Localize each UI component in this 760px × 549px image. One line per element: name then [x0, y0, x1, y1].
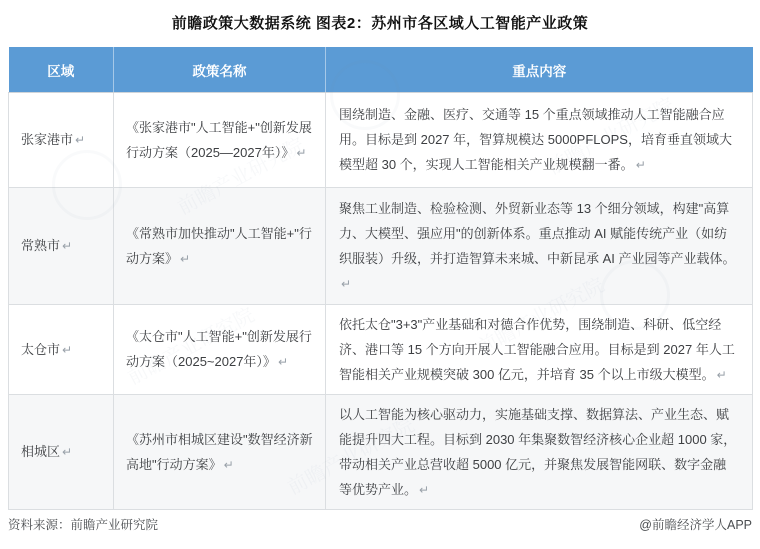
footer: 资料来源：前瞻产业研究院 @前瞻经济学人APP [8, 515, 752, 533]
policy-table: 区域 政策名称 重点内容 张家港市↵ 《张家港市"人工智能+"创新发展行动方案（… [8, 47, 753, 510]
return-mark-icon: ↵ [62, 445, 72, 459]
table-row: 常熟市↵ 《常熟市加快推动"人工智能+"行动方案》↵ 聚焦工业制造、检验检测、外… [9, 188, 753, 305]
page-title: 前瞻政策大数据系统 图表2：苏州市各区域人工智能产业政策 [0, 0, 760, 33]
region-text: 常熟市 [21, 238, 60, 253]
content-cell: 围绕制造、金融、医疗、交通等 15 个重点领域推动人工智能融合应用。目标是到 2… [326, 93, 753, 188]
content-text: 围绕制造、金融、医疗、交通等 15 个重点领域推动人工智能融合应用。目标是到 2… [339, 107, 732, 172]
region-cell: 张家港市↵ [9, 93, 114, 188]
content-text: 聚焦工业制造、检验检测、外贸新业态等 13 个细分领域，构建"高算力、大模型、强… [339, 201, 736, 266]
policy-text: 《苏州市相城区建设"数智经济新高地"行动方案》 [126, 432, 313, 472]
header-cell-region: 区域 [9, 47, 114, 93]
return-mark-icon: ↵ [62, 343, 72, 357]
policy-cell: 《苏州市相城区建设"数智经济新高地"行动方案》↵ [114, 395, 326, 510]
return-mark-icon: ↵ [75, 133, 85, 147]
region-cell: 常熟市↵ [9, 188, 114, 305]
return-mark-icon: ↵ [296, 146, 306, 160]
return-mark-icon: ↵ [278, 355, 288, 369]
policy-cell: 《常熟市加快推动"人工智能+"行动方案》↵ [114, 188, 326, 305]
region-text: 相城区 [21, 444, 60, 459]
content-cell: 聚焦工业制造、检验检测、外贸新业态等 13 个细分领域，构建"高算力、大模型、强… [326, 188, 753, 305]
header-cell-content: 重点内容 [326, 47, 753, 93]
table-row: 太仓市↵ 《太仓市"人工智能+"创新发展行动方案（2025~2027年）》↵ 依… [9, 305, 753, 395]
content-cell: 依托太仓"3+3"产业基础和对德合作优势，围绕制造、科研、低空经济、港口等 15… [326, 305, 753, 395]
policy-text: 《张家港市"人工智能+"创新发展行动方案（2025—2027年）》 [126, 120, 312, 160]
table-row: 张家港市↵ 《张家港市"人工智能+"创新发展行动方案（2025—2027年）》↵… [9, 93, 753, 188]
content-text: 依托太仓"3+3"产业基础和对德合作优势，围绕制造、科研、低空经济、港口等 15… [339, 317, 735, 382]
return-mark-icon: ↵ [717, 368, 727, 382]
region-text: 太仓市 [21, 342, 60, 357]
return-mark-icon: ↵ [224, 458, 234, 472]
app-credit: @前瞻经济学人APP [639, 515, 752, 533]
return-mark-icon: ↵ [341, 277, 351, 291]
policy-cell: 《太仓市"人工智能+"创新发展行动方案（2025~2027年）》↵ [114, 305, 326, 395]
table-row: 相城区↵ 《苏州市相城区建设"数智经济新高地"行动方案》↵ 以人工智能为核心驱动… [9, 395, 753, 510]
region-cell: 相城区↵ [9, 395, 114, 510]
return-mark-icon: ↵ [636, 158, 646, 172]
policy-text: 《常熟市加快推动"人工智能+"行动方案》 [126, 226, 312, 266]
policy-cell: 《张家港市"人工智能+"创新发展行动方案（2025—2027年）》↵ [114, 93, 326, 188]
return-mark-icon: ↵ [62, 239, 72, 253]
source-note: 资料来源：前瞻产业研究院 [8, 515, 158, 533]
content-text: 以人工智能为核心驱动力，实施基础支撑、数据算法、产业生态、赋能提升四大工程。目标… [339, 407, 736, 497]
region-text: 张家港市 [21, 132, 73, 147]
content-cell: 以人工智能为核心驱动力，实施基础支撑、数据算法、产业生态、赋能提升四大工程。目标… [326, 395, 753, 510]
return-mark-icon: ↵ [419, 483, 429, 497]
region-cell: 太仓市↵ [9, 305, 114, 395]
table-header-row: 区域 政策名称 重点内容 [9, 47, 753, 93]
header-cell-policy: 政策名称 [114, 47, 326, 93]
return-mark-icon: ↵ [180, 252, 190, 266]
